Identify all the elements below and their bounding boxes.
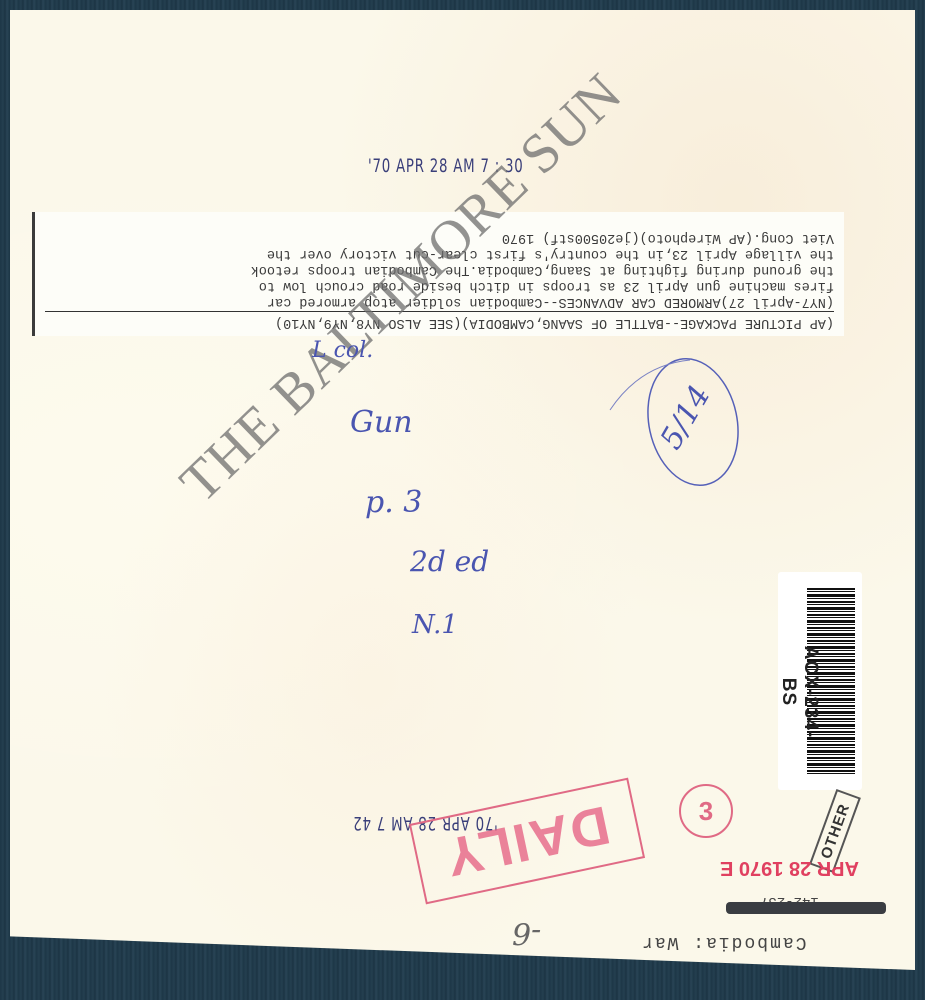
barcode-id: ACX-234-BS xyxy=(777,637,821,747)
caption-header: (AP PICTURE PACKAGE--BATTLE OF SAANG,CAM… xyxy=(45,311,834,330)
strike-through-mark xyxy=(726,902,886,914)
handwritten-number: -6 xyxy=(512,915,541,950)
handwritten-note: 2d ed xyxy=(410,545,489,578)
round-stamp-icon: 3 xyxy=(679,784,733,838)
handwritten-note: L col. xyxy=(312,338,373,363)
handwritten-note: Gun xyxy=(350,405,413,440)
handwritten-note: N.1 xyxy=(412,610,458,640)
category-label: Cambodia: War xyxy=(640,932,806,952)
handwritten-note: p. 3 xyxy=(365,485,422,520)
date-stamp-red: APR 28 1970 E xyxy=(720,858,859,878)
